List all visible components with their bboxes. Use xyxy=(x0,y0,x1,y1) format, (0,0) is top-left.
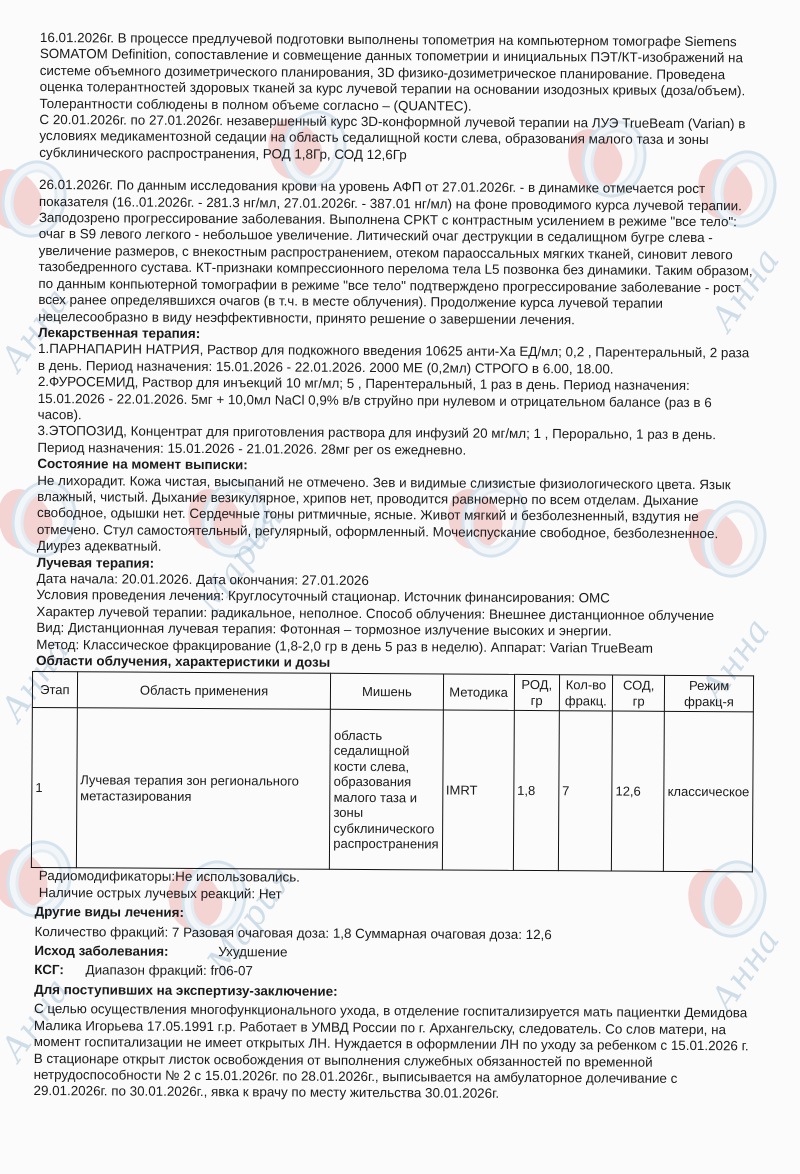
cell-fractions: 7 xyxy=(558,711,612,871)
cell-sod: 12,6 xyxy=(612,711,665,871)
column-header-target: Мишень xyxy=(331,674,443,711)
column-header-fractions: Кол-во фракц. xyxy=(559,675,613,711)
expertise-heading: Для поступивших на экспертизу-заключение… xyxy=(34,982,754,1003)
cell-area: Лучевая терапия зон регионального метаст… xyxy=(76,708,330,870)
intro-paragraph-progression: 26.01.2026г. По данным исследования кров… xyxy=(38,177,759,329)
column-header-area: Область применения xyxy=(77,672,331,710)
discharge-document: 16.01.2026г. В процессе предлучевой подг… xyxy=(33,30,760,1104)
drug-item: 1.ПАРНАПАРИН НАТРИЯ, Раствор для подкожн… xyxy=(38,341,758,378)
cell-technique: IMRT xyxy=(442,710,514,870)
ksg-value: Диапазон фракций: fr06-07 xyxy=(85,963,252,979)
outcome-value: Ухудшение xyxy=(218,944,287,959)
cell-stage: 1 xyxy=(31,708,77,868)
outcome-label: Исход заболевания: xyxy=(34,943,168,959)
cell-target: область седалищной кости слева, образова… xyxy=(330,710,443,871)
cell-rod: 1,8 xyxy=(513,711,559,871)
discharge-state-text: Не лихорадит. Кожа чистая, высыпаний не … xyxy=(37,473,757,559)
drug-item: 2.ФУРОСЕМИД, Раствор для инъекций 10 мг/… xyxy=(38,374,758,428)
column-header-technique: Методика xyxy=(443,674,514,710)
column-header-mode: Режим фракц-я xyxy=(665,676,754,713)
column-header-rod: РОД, гр xyxy=(514,675,559,711)
other-treatment-text: Количество фракций: 7 Разовая очаговая д… xyxy=(34,924,754,945)
intro-paragraph-course: С 20.01.2026г. по 27.01.2026г. незаверше… xyxy=(39,112,759,166)
column-header-sod: СОД, гр xyxy=(612,675,664,711)
intro-paragraph-planning: 16.01.2026г. В процессе предлучевой подг… xyxy=(39,30,759,116)
expertise-paragraph-caregiver: С целью осуществления многофункционально… xyxy=(34,1001,754,1055)
ksg-label: КСГ: xyxy=(34,962,64,977)
acute-reactions-line: Наличие острых лучевых реакций: Нет xyxy=(35,885,755,906)
drug-item: 3.ЭТОПОЗИД, Концентрат для приготовления… xyxy=(37,423,757,460)
table-header-row: Этап Область применения Мишень Методика … xyxy=(32,672,753,712)
expertise-paragraph-sick-leave: В стационаре открыт листок освобождения … xyxy=(33,1050,753,1104)
table-row: 1 Лучевая терапия зон регионального мета… xyxy=(31,708,753,872)
other-treatment-heading: Другие виды лечения: xyxy=(35,904,755,925)
cell-mode: классическое xyxy=(664,712,754,873)
irradiation-table: Этап Область применения Мишень Методика … xyxy=(31,671,754,872)
column-header-stage: Этап xyxy=(32,672,77,708)
